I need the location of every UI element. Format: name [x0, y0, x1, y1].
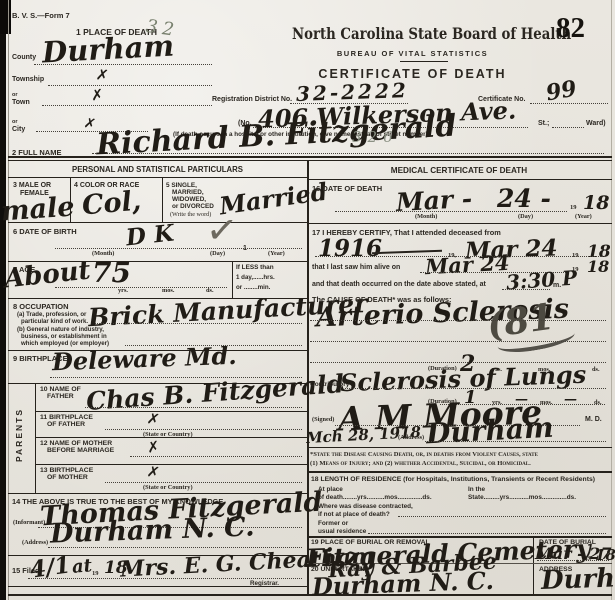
- dod-day-label: (Day): [518, 213, 533, 220]
- last-saw-year: 18: [587, 257, 609, 276]
- rule: [8, 586, 307, 587]
- physician-address-dotted-line: [425, 441, 606, 442]
- dod-year-label: (Year): [575, 213, 592, 220]
- father-name-dotted-line: [85, 407, 302, 408]
- filed-at-value: at: [71, 555, 93, 578]
- residence-former-2: usual residence: [318, 528, 366, 535]
- board-title: North Carolina State Board of Health: [292, 24, 571, 43]
- footnote-line-2: (1) Means of Injury; and (2) whether Acc…: [310, 460, 531, 467]
- father-birthplace-label-2: OF FATHER: [47, 421, 85, 428]
- signed-label: (Signed): [312, 416, 334, 423]
- occupation-sub-a2: particular kind of work.: [21, 318, 88, 325]
- mother-state-country-label: (State or Country): [143, 484, 193, 491]
- cell-divider: [232, 261, 233, 298]
- certificate-no-label: Certificate No.: [478, 96, 525, 103]
- date-of-death-dotted-line: [335, 211, 567, 212]
- rule: [35, 437, 307, 438]
- date-of-death-day: 24 -: [497, 184, 551, 213]
- occupation-dotted-line-1: [95, 323, 302, 324]
- certificate-title: CERTIFICATE OF DEATH: [300, 67, 525, 81]
- dod-month-label: (Month): [415, 213, 437, 220]
- dob-dotted-line: [55, 248, 302, 249]
- residence-former-1: Former or: [318, 520, 348, 527]
- township-label: Township: [12, 76, 44, 83]
- ward-label: Ward): [586, 120, 606, 127]
- scan-edge-blob: [0, 0, 11, 34]
- father-name-label-1: 10 NAME OF: [40, 386, 81, 393]
- registration-district-label: Registration District No.: [212, 96, 292, 103]
- death-time-m-label: m.: [553, 282, 561, 289]
- header-rule-thin: [8, 160, 612, 161]
- death-certificate-document: B. V. S.—Form 7 1 PLACE OF DEATH 32 Coun…: [0, 0, 615, 600]
- race-value: Col,: [81, 185, 143, 221]
- city-label-or: or: [12, 119, 18, 125]
- personal-section-title: PERSONAL AND STATISTICAL PARTICULARS: [10, 165, 305, 174]
- rule: [307, 447, 612, 448]
- mother-name-dotted-line: [130, 456, 302, 457]
- certificate-no-value: 99: [544, 76, 579, 107]
- mother-name-mark: ✗: [146, 437, 161, 457]
- page-stamp-number: 82: [556, 12, 585, 45]
- mother-birthplace-label-1: 13 BIRTHPLACE: [40, 467, 93, 474]
- mother-name-label-1: 12 NAME OF MOTHER: [40, 440, 112, 447]
- marital-label-5: (Write the word): [170, 211, 211, 218]
- date-of-death-19-print: 19: [570, 204, 577, 211]
- occupation-sub-a1: (a) Trade, profession, or: [17, 311, 86, 318]
- death-time-dotted-line: [502, 289, 550, 290]
- county-label: County: [12, 54, 36, 61]
- marital-label-2: MARRIED,: [172, 189, 204, 196]
- mother-birthplace-label-2: OF MOTHER: [47, 474, 88, 481]
- rule: [8, 177, 307, 178]
- parents-vertical-label: PARENTS: [14, 408, 24, 462]
- medical-section-title: MEDICAL CERTIFICATE OF DEATH: [309, 166, 609, 175]
- duration-ds-1: ds.: [592, 366, 600, 373]
- rule: [307, 179, 612, 180]
- pencil-name-code: 326: [352, 128, 399, 146]
- cause-dotted-line-2: [310, 341, 606, 342]
- undertaker-city-value: Durham N. C.: [312, 566, 495, 600]
- attended-from-value: 1916: [318, 235, 382, 262]
- town-mark: ✗: [90, 85, 104, 104]
- town-label-or: or: [12, 92, 18, 98]
- footnote-line-1: *State the Disease Causing Death, or, in…: [310, 451, 538, 458]
- residence-section-label: 18 LENGTH OF RESIDENCE (for Hospitals, I…: [311, 476, 595, 483]
- sex-label-1: 3 MALE OR: [13, 182, 51, 189]
- rule: [35, 411, 307, 412]
- cell-divider: [162, 177, 163, 222]
- last-saw-date-value: Mar 24: [424, 250, 510, 279]
- bottom-rule: [8, 594, 612, 596]
- document-right-border: [611, 0, 612, 600]
- scan-edge-bar: [0, 0, 6, 600]
- filed-dotted-line: [28, 578, 302, 579]
- undertaker-address-value: Durham: [541, 562, 615, 596]
- county-value: Durham: [41, 29, 175, 70]
- rule: [35, 464, 307, 465]
- dob-one: 1: [243, 245, 247, 252]
- age-number: 75: [92, 256, 131, 289]
- last-saw-label: that I last saw him alive on: [312, 264, 400, 271]
- document-left-border: [8, 0, 9, 600]
- footnote-rule: [307, 471, 612, 473]
- rule: [307, 223, 612, 224]
- burial-date-dotted-line: [537, 560, 609, 561]
- town-label: Town: [12, 99, 30, 106]
- dob-day-label: (Day): [210, 250, 225, 257]
- dob-checkmark: ✓: [204, 206, 240, 253]
- township-dotted-line: [48, 85, 212, 86]
- father-birthplace-dotted-line: [105, 429, 302, 430]
- age-yrs-label: yrs.: [118, 287, 128, 294]
- residence-at-place-1: At place: [318, 486, 343, 493]
- md-label: M. D.: [585, 416, 602, 423]
- mother-name-label-2: BEFORE MARRIAGE: [47, 447, 114, 454]
- residence-contracted-2: if not at place of death?: [318, 511, 390, 518]
- occupation-sub-b2: business, or establishment in: [21, 333, 107, 340]
- informant-address-label: (Address): [22, 539, 48, 546]
- marital-label-1: 5 SINGLE,: [166, 182, 197, 189]
- residence-in-state-1: In the: [468, 486, 485, 493]
- city-label: City: [12, 126, 25, 133]
- father-birthplace-mark: ✗: [146, 409, 162, 429]
- date-of-death-label: 16 DATE OF DEATH: [312, 184, 382, 193]
- residence-in-state-2: State.........yrs...........mos.........…: [468, 494, 576, 501]
- mother-birthplace-dotted-line: [105, 482, 302, 483]
- residence-at-place-2: of death........yrs..........mos........…: [318, 494, 432, 501]
- parents-cell-divider: [35, 383, 36, 493]
- cause-dotted-line-1: [310, 320, 606, 321]
- occupation-label: 8 OCCUPATION: [13, 302, 69, 311]
- age-dotted-line: [55, 287, 227, 288]
- residence-contracted-1: Where was disease contracted,: [318, 503, 413, 510]
- age-less-label-1: If LESS than: [236, 264, 274, 271]
- marital-label-3: WIDOWED,: [172, 196, 206, 203]
- informant-address-value: Durham N. C.: [50, 511, 255, 549]
- death-occurred-label: and that death occurred on the date abov…: [312, 281, 486, 288]
- dob-label: 6 DATE OF BIRTH: [13, 227, 77, 236]
- ward-dotted-line: [552, 127, 584, 128]
- bureau-subtitle: BUREAU OF VITAL STATISTICS: [300, 49, 525, 58]
- town-dotted-line: [42, 105, 212, 106]
- masthead-divider: [400, 61, 448, 62]
- age-mos-label: mos.: [162, 287, 174, 294]
- father-name-label-2: FATHER: [47, 393, 74, 400]
- header-rule-thick: [8, 156, 612, 158]
- contracted-dotted-line: [398, 516, 606, 517]
- township-mark: ✗: [95, 65, 110, 85]
- mother-birthplace-mark: ✗: [146, 462, 162, 482]
- date-of-death-year: 18: [583, 192, 609, 214]
- father-birthplace-label-1: 11 BIRTHPLACE: [40, 414, 93, 421]
- birthplace-value: Deleware Md.: [52, 341, 238, 376]
- physician-address-label: (Address): [398, 434, 424, 441]
- age-ds-label: ds.: [206, 287, 214, 294]
- age-less-label-3: or ........min.: [236, 284, 270, 291]
- death-time-value: 3:30 P: [505, 266, 578, 295]
- form-number: B. V. S.—Form 7: [12, 11, 70, 20]
- filed-19-print: 19: [92, 570, 99, 577]
- physician-address-value: Durham: [425, 411, 554, 451]
- street-st-label: St.;: [538, 120, 549, 127]
- dob-value: D K: [125, 220, 176, 252]
- burial-year-value: 18: [595, 546, 615, 564]
- informant-address-dotted-line: [48, 547, 302, 548]
- certificate-no-dotted-line: [530, 103, 608, 104]
- age-less-label-2: 1 day,......hrs.: [236, 274, 275, 281]
- dob-year-label: (Year): [268, 250, 285, 257]
